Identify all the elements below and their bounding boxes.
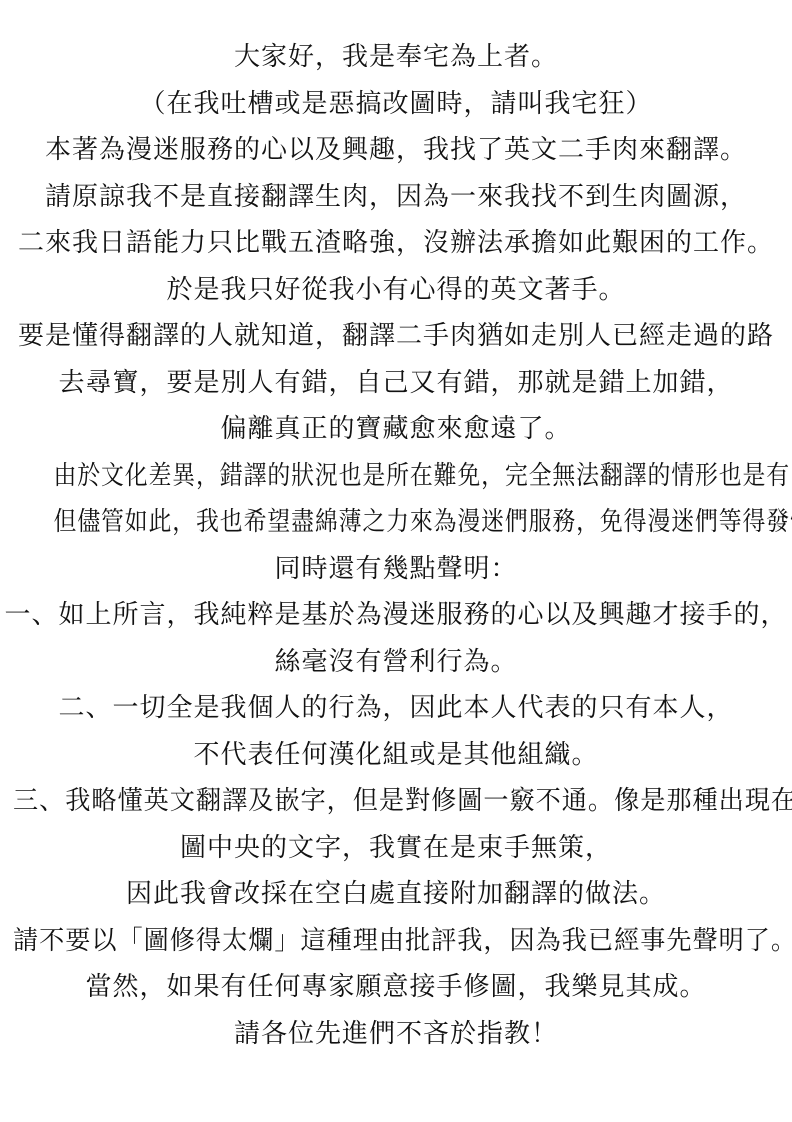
translator-note-text: 大家好，我是奉宅為上者。（在我吐槽或是惡搞改圖時，請叫我宅狂）本著為漫迷服務的心… bbox=[0, 0, 792, 1057]
note-line-text: 請不要以「圖修得太爛」這種理由批評我，因為我已經事先聲明了。 bbox=[13, 918, 792, 965]
note-line: 要是懂得翻譯的人就知道，翻譯二手肉猶如走別人已經走過的路 bbox=[0, 313, 792, 360]
note-line-text: 絲毫沒有營利行為。 bbox=[274, 639, 517, 686]
note-line: 請原諒我不是直接翻譯生肉，因為一來我找不到生肉圖源， bbox=[0, 174, 792, 221]
note-line-text: 請原諒我不是直接翻譯生肉，因為一來我找不到生肉圖源， bbox=[45, 174, 747, 221]
note-line-text: 當然，如果有任何專家願意接手修圖，我樂見其成。 bbox=[85, 964, 706, 1011]
note-line: 去尋寶，要是別人有錯，自己又有錯，那就是錯上加錯， bbox=[0, 360, 792, 407]
note-line: 請不要以「圖修得太爛」這種理由批評我，因為我已經事先聲明了。 bbox=[0, 918, 792, 965]
note-line-text: 本著為漫迷服務的心以及興趣，我找了英文二手肉來翻譯。 bbox=[45, 127, 747, 174]
note-line-text: 不代表任何漢化組或是其他組織。 bbox=[193, 732, 598, 779]
note-line-text: 因此我會改採在空白處直接附加翻譯的做法。 bbox=[126, 871, 666, 918]
translator-note-page: 大家好，我是奉宅為上者。（在我吐槽或是惡搞改圖時，請叫我宅狂）本著為漫迷服務的心… bbox=[0, 0, 792, 1122]
note-line-text: 一、如上所言，我純粹是基於為漫迷服務的心以及興趣才接手的， bbox=[4, 592, 787, 639]
note-line-text: 圖中央的文字，我實在是束手無策， bbox=[180, 825, 612, 872]
note-line-text: 於是我只好從我小有心得的英文著手。 bbox=[166, 267, 625, 314]
note-line-text: 二來我日語能力只比戰五渣略強，沒辦法承擔如此艱困的工作。 bbox=[18, 220, 774, 267]
note-line: 偏離真正的寶藏愈來愈遠了。 bbox=[0, 406, 792, 453]
note-line: 絲毫沒有營利行為。 bbox=[0, 639, 792, 686]
note-line: 本著為漫迷服務的心以及興趣，我找了英文二手肉來翻譯。 bbox=[0, 127, 792, 174]
note-line-text: 要是懂得翻譯的人就知道，翻譯二手肉猶如走別人已經走過的路 bbox=[18, 313, 774, 360]
note-line: 但儘管如此，我也希望盡綿薄之力來為漫迷們服務，免得漫迷們等得發慌。 bbox=[0, 499, 792, 546]
note-line: 同時還有幾點聲明： bbox=[0, 546, 792, 593]
note-line-text: 三、我略懂英文翻譯及嵌字，但是對修圖一竅不通。像是那種出現在 bbox=[13, 778, 792, 825]
note-line-text: 大家好，我是奉宅為上者。 bbox=[234, 34, 558, 81]
note-line: 請各位先進們不吝於指教！ bbox=[0, 1011, 792, 1058]
note-line-text: 偏離真正的寶藏愈來愈遠了。 bbox=[220, 406, 571, 453]
note-line: 圖中央的文字，我實在是束手無策， bbox=[0, 825, 792, 872]
note-line: 不代表任何漢化組或是其他組織。 bbox=[0, 732, 792, 779]
note-line: （在我吐槽或是惡搞改圖時，請叫我宅狂） bbox=[0, 81, 792, 128]
note-line: 當然，如果有任何專家願意接手修圖，我樂見其成。 bbox=[0, 964, 792, 1011]
note-line: 三、我略懂英文翻譯及嵌字，但是對修圖一竅不通。像是那種出現在 bbox=[0, 778, 792, 825]
note-line: 大家好，我是奉宅為上者。 bbox=[0, 34, 792, 81]
note-line: 由於文化差異，錯譯的狀況也是所在難免，完全無法翻譯的情形也是有的。 bbox=[0, 453, 792, 500]
note-line-text: （在我吐槽或是惡搞改圖時，請叫我宅狂） bbox=[139, 81, 652, 128]
note-line-text: 請各位先進們不吝於指教！ bbox=[234, 1011, 558, 1058]
note-line: 二來我日語能力只比戰五渣略強，沒辦法承擔如此艱困的工作。 bbox=[0, 220, 792, 267]
note-line: 因此我會改採在空白處直接附加翻譯的做法。 bbox=[0, 871, 792, 918]
note-line: 一、如上所言，我純粹是基於為漫迷服務的心以及興趣才接手的， bbox=[0, 592, 792, 639]
note-line-text: 但儘管如此，我也希望盡綿薄之力來為漫迷們服務，免得漫迷們等得發慌。 bbox=[54, 499, 792, 546]
note-line: 於是我只好從我小有心得的英文著手。 bbox=[0, 267, 792, 314]
note-line-text: 由於文化差異，錯譯的狀況也是所在難免，完全無法翻譯的情形也是有的。 bbox=[54, 453, 792, 500]
note-line: 二、一切全是我個人的行為，因此本人代表的只有本人， bbox=[0, 685, 792, 732]
note-line-text: 同時還有幾點聲明： bbox=[274, 546, 517, 593]
note-line-text: 去尋寶，要是別人有錯，自己又有錯，那就是錯上加錯， bbox=[58, 360, 733, 407]
note-line-text: 二、一切全是我個人的行為，因此本人代表的只有本人， bbox=[58, 685, 733, 732]
